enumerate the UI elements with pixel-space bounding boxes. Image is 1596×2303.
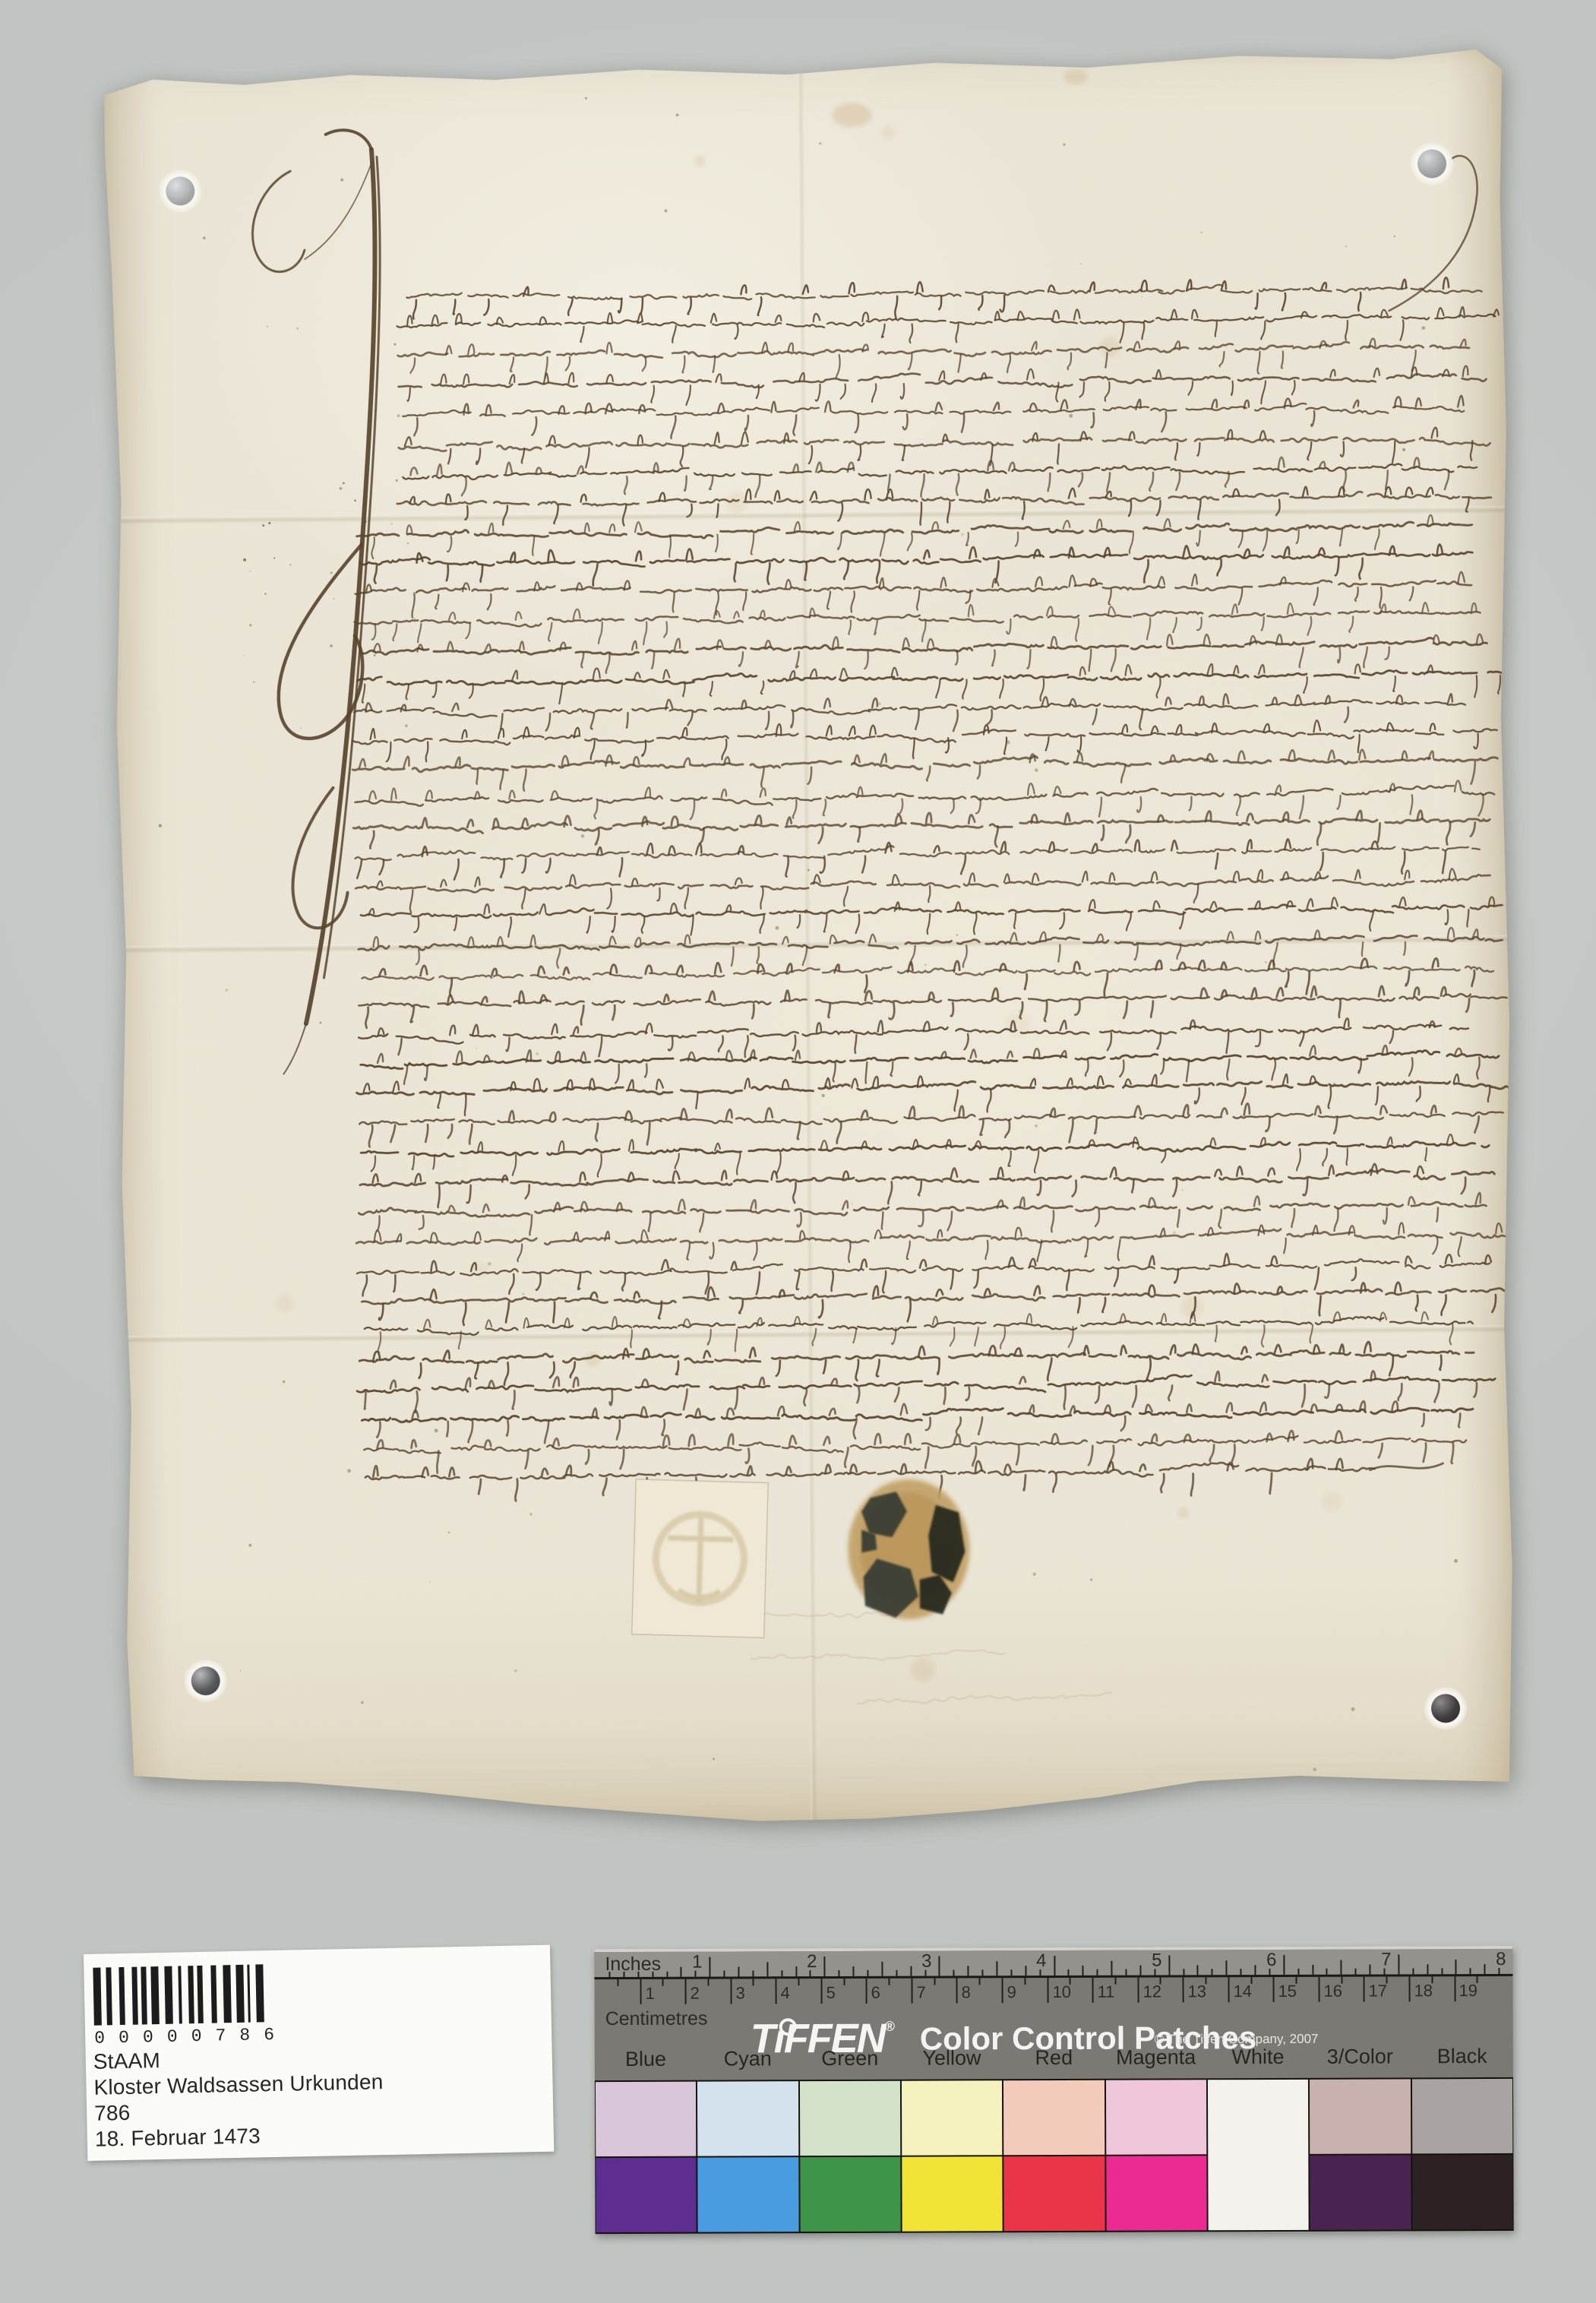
speck — [1090, 1578, 1092, 1580]
cm-tick — [1137, 1978, 1139, 2003]
cm-tick — [1408, 1976, 1410, 2001]
inch-number: 3 — [915, 1951, 931, 1972]
inch-number: 2 — [800, 1951, 817, 1972]
speck — [1421, 326, 1425, 330]
inch-tick — [1010, 1969, 1012, 1976]
cm-tick — [866, 1979, 868, 2004]
papered-seal-group — [632, 1479, 768, 1638]
barcode-bar — [164, 1966, 173, 2024]
speck — [1173, 1232, 1175, 1234]
inch-tick — [867, 1970, 868, 1976]
inch-number: 7 — [1374, 1949, 1391, 1970]
speck — [1351, 1707, 1355, 1711]
cm-tick — [1454, 1976, 1455, 2001]
ink-spray — [330, 571, 333, 574]
ink-spray — [273, 558, 275, 559]
papered-seal — [630, 1478, 770, 1638]
barcode-digits: 00000786 — [94, 2025, 274, 2048]
speck — [1394, 236, 1395, 237]
inch-tick — [738, 1966, 739, 1976]
patch-name-black: Black — [1411, 2045, 1512, 2068]
half-cm-tick — [889, 1979, 890, 1985]
cm-tick — [1273, 1977, 1275, 2002]
half-cm-tick — [1114, 1978, 1116, 1985]
ink-spray — [243, 655, 245, 656]
inch-tick — [1054, 1956, 1055, 1976]
ink-spray — [414, 618, 416, 619]
ink-spray — [343, 482, 345, 484]
barcode-bar — [256, 1964, 265, 2022]
speck — [676, 113, 679, 116]
inch-tick — [824, 1957, 826, 1976]
half-cm-tick — [979, 1978, 981, 1985]
cm-number: 15 — [1278, 1982, 1297, 2001]
half-cm-tick — [1295, 1977, 1297, 1984]
barcode-digit: 0 — [143, 2027, 153, 2047]
barcode-bar — [223, 1965, 232, 2023]
half-cm-tick — [707, 1979, 709, 1986]
patch-name-yellow: Yellow — [901, 2046, 1003, 2070]
cm-number: 1 — [646, 1984, 655, 2004]
cm-number: 19 — [1459, 1981, 1478, 2001]
speck — [159, 824, 162, 827]
inch-tick — [1097, 1969, 1098, 1976]
foxing-spot — [585, 1352, 601, 1368]
patch-saturated-yellow — [902, 2156, 1003, 2231]
speck — [296, 327, 299, 330]
cm-number: 14 — [1234, 1982, 1253, 2001]
half-cm-tick — [617, 1979, 618, 1986]
inch-tick — [852, 1966, 854, 1976]
barcode — [93, 1964, 273, 2026]
cm-number: 16 — [1324, 1982, 1343, 2001]
label-line-number: 786 — [94, 2101, 131, 2126]
barcode-bar — [93, 1968, 102, 2026]
speck — [924, 963, 927, 966]
patch-name-red: Red — [1003, 2046, 1105, 2070]
speck — [1313, 1767, 1316, 1771]
cm-number: 12 — [1143, 1982, 1162, 2002]
ink-spray — [268, 522, 270, 524]
ink-spray — [289, 564, 291, 565]
speck — [529, 1513, 533, 1516]
inch-tick — [1355, 1969, 1357, 1975]
speck — [807, 869, 810, 872]
patch-name-3-color: 3/Color — [1309, 2045, 1411, 2068]
inch-tick — [795, 1966, 797, 1976]
half-cm-tick — [1386, 1976, 1388, 1983]
patch-saturated-blue — [596, 2158, 697, 2232]
inch-tick — [1226, 1960, 1228, 1975]
cm-tick — [776, 1979, 777, 2004]
patch-white-full — [1208, 2080, 1309, 2230]
foxing-spot — [881, 126, 896, 141]
speck — [585, 97, 587, 100]
cm-tick — [956, 1978, 958, 2003]
inch-tick — [1212, 1969, 1213, 1975]
barcode-digit: 0 — [119, 2028, 129, 2048]
label-line-fonds: Kloster Waldsassen Urkunden — [93, 2070, 384, 2100]
cm-number: 9 — [1007, 1982, 1016, 2002]
half-cm-tick — [753, 1979, 754, 1985]
cm-number: 5 — [826, 1983, 836, 2003]
foxing-spot — [911, 1658, 935, 1682]
inch-tick — [1427, 1964, 1428, 1974]
half-cm-tick — [1431, 1976, 1433, 1983]
centimetres-label: Centimetres — [605, 2008, 708, 2030]
foxing-spot — [275, 1294, 295, 1314]
speck — [852, 1204, 853, 1205]
inch-tick — [681, 1967, 682, 1977]
speck — [775, 926, 779, 930]
inch-tick — [1370, 1965, 1371, 1975]
inch-tick — [1326, 1969, 1328, 1975]
inch-tick — [1068, 1969, 1070, 1976]
inch-tick — [1297, 1969, 1299, 1975]
barcode-bar — [197, 1966, 204, 2023]
speck — [347, 1469, 351, 1473]
inch-tick — [666, 1972, 668, 1977]
cm-number: 13 — [1188, 1982, 1207, 2001]
speck — [1402, 448, 1405, 451]
patch-pastel-yellow — [902, 2080, 1003, 2155]
inch-tick — [1125, 1969, 1127, 1976]
cm-tick — [1047, 1978, 1048, 2003]
speck — [514, 1669, 517, 1672]
speck — [240, 1670, 242, 1672]
barcode-bar — [236, 1965, 245, 2023]
inch-tick — [1470, 1968, 1471, 1974]
patch-saturated-red — [1004, 2156, 1105, 2231]
speck — [581, 834, 585, 838]
speck — [1345, 245, 1347, 247]
patch-saturated-black — [1412, 2155, 1513, 2229]
archive-label: 00000786 StAAM Kloster Waldsassen Urkund… — [84, 1945, 554, 2161]
cm-number: 2 — [691, 1984, 700, 2004]
patch-saturated-magenta — [1106, 2156, 1207, 2230]
half-cm-tick — [1205, 1977, 1206, 1984]
foxing-spot — [694, 156, 706, 167]
barcode-bar — [151, 1966, 160, 2024]
inch-tick — [781, 1970, 782, 1976]
half-cm-tick — [934, 1979, 935, 1985]
speck — [1265, 961, 1267, 963]
cm-number: 7 — [917, 1983, 926, 2003]
speck — [536, 1052, 539, 1055]
speck — [956, 934, 958, 935]
inch-number: 8 — [1489, 1949, 1506, 1970]
speck — [1201, 232, 1203, 233]
speck — [448, 1531, 450, 1533]
patch-pastel-3-color — [1310, 2079, 1411, 2153]
speck — [1454, 1559, 1458, 1563]
foxing-spot — [1177, 1507, 1190, 1519]
speck — [1069, 414, 1073, 418]
half-cm-tick — [798, 1979, 799, 1985]
barcode-digit: 6 — [264, 2025, 274, 2045]
half-cm-tick — [1024, 1978, 1026, 1985]
inch-tick — [652, 1972, 653, 1977]
speck — [435, 1428, 438, 1432]
barcode-bar — [248, 1965, 251, 2023]
patch-name-green: Green — [798, 2047, 900, 2070]
punch-hole-bottom-right — [1424, 1687, 1467, 1729]
speck — [248, 1544, 251, 1547]
speck — [1035, 1125, 1038, 1128]
inch-number: 5 — [1145, 1950, 1161, 1972]
barcode-bar — [210, 1966, 217, 2023]
cm-tick — [911, 1979, 912, 2004]
inch-tick — [1183, 1969, 1184, 1975]
cm-number: 3 — [736, 1983, 745, 2003]
ink-spray — [264, 593, 266, 594]
barcode-bar — [119, 1967, 125, 2025]
barcode-digit: 0 — [94, 2028, 105, 2048]
ink-spray — [262, 524, 264, 527]
cm-number: 6 — [871, 1983, 880, 2003]
patch-saturated-cyan — [698, 2157, 799, 2232]
inch-tick — [939, 1957, 940, 1976]
speck — [393, 343, 396, 346]
half-cm-tick — [1250, 1977, 1252, 1984]
inch-tick — [839, 1970, 840, 1976]
half-cm-tick — [662, 1979, 664, 1986]
speck — [878, 702, 881, 705]
ink-spray — [405, 724, 407, 726]
charter-parchment-wrap — [100, 34, 1519, 1832]
inch-tick — [608, 1972, 610, 1977]
inch-tick — [1312, 1965, 1313, 1975]
inch-tick — [1441, 1968, 1443, 1974]
speck — [319, 1022, 321, 1024]
foxing-spot — [1323, 1492, 1343, 1512]
cm-tick — [730, 1979, 732, 2004]
ink-spray — [243, 558, 246, 562]
half-cm-tick — [1070, 1978, 1071, 1985]
patch-area — [595, 2077, 1514, 2234]
patch-pastel-red — [1003, 2080, 1105, 2155]
cm-number: 10 — [1053, 1982, 1072, 2002]
half-cm-tick — [1341, 1977, 1342, 1984]
ink-spray — [253, 682, 254, 683]
speck — [397, 414, 400, 417]
ink-spray — [300, 728, 301, 729]
cm-tick — [640, 1979, 641, 2004]
speck — [267, 326, 268, 327]
tiffen-logo-i-ring — [779, 2018, 797, 2036]
ink-spray — [391, 523, 393, 524]
speck — [1063, 144, 1065, 146]
label-line-archive: StAAM — [93, 2048, 161, 2074]
cm-number: 8 — [962, 1982, 971, 2002]
ink-spray — [333, 598, 335, 599]
ink-spray — [339, 487, 342, 490]
inch-number: 4 — [1029, 1950, 1046, 1972]
inch-tick — [709, 1957, 710, 1977]
ink-spray — [354, 499, 356, 501]
punch-hole-top-left — [159, 169, 201, 212]
inch-tick — [1025, 1966, 1026, 1976]
speck — [819, 142, 821, 144]
inch-tick — [1283, 1955, 1285, 1975]
cm-tick — [1183, 1977, 1184, 2002]
speck — [361, 1701, 364, 1704]
barcode-digit: 7 — [215, 2026, 226, 2045]
punch-hole-bottom-left — [184, 1659, 226, 1702]
cm-tick — [1364, 1977, 1365, 2002]
patch-saturated-green — [800, 2157, 901, 2232]
inch-tick — [637, 1972, 639, 1977]
patch-name-blue: Blue — [595, 2048, 697, 2071]
patch-pastel-green — [800, 2081, 901, 2156]
ink-spray — [396, 479, 398, 482]
inch-tick — [723, 1971, 725, 1977]
cm-number: 18 — [1414, 1981, 1433, 2001]
inch-tick — [981, 1969, 983, 1976]
cm-number: 17 — [1369, 1981, 1388, 2001]
speck — [1032, 1572, 1035, 1575]
wax-seal-stain — [848, 1479, 970, 1619]
ink-spray — [249, 624, 251, 626]
speck — [1181, 1189, 1183, 1191]
photo-background: 00000786 StAAM Kloster Waldsassen Urkund… — [0, 0, 1596, 2303]
inch-tick — [623, 1972, 624, 1977]
inch-tick — [881, 1962, 883, 1976]
color-control-card: Inches Centimetres 12345678 123456789101… — [594, 1946, 1513, 2234]
inch-tick — [1341, 1960, 1342, 1975]
inch-tick — [1484, 1964, 1486, 1974]
inch-tick — [910, 1966, 912, 1976]
half-cm-tick — [1477, 1976, 1478, 1983]
inch-tick — [766, 1962, 768, 1976]
ink-spray — [249, 571, 251, 572]
barcode-bar — [141, 1966, 147, 2024]
cm-tick — [1318, 1977, 1319, 2002]
speck — [340, 179, 343, 182]
patch-pastel-magenta — [1106, 2080, 1207, 2154]
patch-pastel-black — [1412, 2079, 1513, 2153]
speck — [226, 989, 229, 992]
cm-number: 11 — [1098, 1982, 1115, 2002]
handwriting-svg — [100, 34, 1519, 1832]
patch-name-magenta: Magenta — [1105, 2045, 1206, 2069]
label-line-date: 18. Februar 1473 — [95, 2124, 261, 2151]
cm-tick — [685, 1979, 687, 2004]
speck — [822, 1094, 825, 1097]
ink-spray — [330, 644, 333, 647]
speck — [203, 237, 205, 239]
inch-number: 6 — [1259, 1950, 1276, 1971]
barcode-bar — [179, 1966, 183, 2023]
inch-tick — [968, 1966, 969, 1976]
paper-texture — [100, 34, 1519, 1832]
patch-saturated-3-color — [1310, 2155, 1411, 2229]
punch-hole-top-right — [1411, 142, 1453, 185]
cm-number: 4 — [781, 1983, 790, 2003]
inch-tick — [1412, 1968, 1414, 1974]
barcode-digit: 0 — [167, 2027, 178, 2047]
inch-tick — [1082, 1966, 1084, 1976]
speck — [283, 1381, 285, 1383]
half-cm-tick — [843, 1979, 845, 1985]
patch-pastel-blue — [596, 2082, 697, 2156]
inch-tick — [1139, 1966, 1141, 1976]
barcode-digit: 0 — [191, 2026, 201, 2046]
inch-tick — [1240, 1969, 1242, 1975]
inch-tick — [1111, 1961, 1112, 1976]
ink-spray — [374, 654, 376, 656]
speck — [1142, 296, 1143, 298]
patch-name-cyan: Cyan — [697, 2047, 798, 2070]
barcode-bar — [131, 1967, 138, 2025]
cm-tick — [820, 1979, 822, 2004]
registered-mark: ® — [885, 2019, 895, 2034]
ink-spray — [407, 543, 409, 544]
half-cm-tick — [1160, 1978, 1161, 1985]
inch-tick — [752, 1970, 754, 1976]
speck — [713, 1758, 715, 1760]
inch-tick — [1398, 1954, 1399, 1974]
charter-parchment — [100, 34, 1519, 1832]
speck — [1035, 768, 1038, 771]
cm-tick — [1001, 1978, 1003, 2003]
barcode-digit: 8 — [239, 2026, 250, 2045]
inch-number: 1 — [685, 1952, 702, 1973]
inch-tick — [996, 1961, 997, 1976]
speck — [961, 533, 964, 536]
patch-name-white: White — [1207, 2045, 1309, 2069]
inch-tick — [1455, 1960, 1457, 1974]
cm-tick — [1092, 1978, 1093, 2003]
patch-pastel-cyan — [697, 2081, 798, 2156]
inch-tick — [896, 1970, 897, 1976]
speck — [1080, 263, 1082, 264]
inch-tick — [1168, 1955, 1170, 1975]
cm-tick — [1228, 1977, 1229, 2002]
inch-tick — [1254, 1965, 1256, 1975]
speck — [429, 1581, 431, 1583]
barcode-bar — [188, 1966, 195, 2023]
speck — [664, 209, 667, 212]
speck — [523, 1293, 524, 1295]
speck — [476, 1048, 477, 1049]
inch-tick — [1197, 1965, 1199, 1975]
barcode-bar — [106, 1967, 113, 2025]
inch-tick — [953, 1969, 955, 1976]
